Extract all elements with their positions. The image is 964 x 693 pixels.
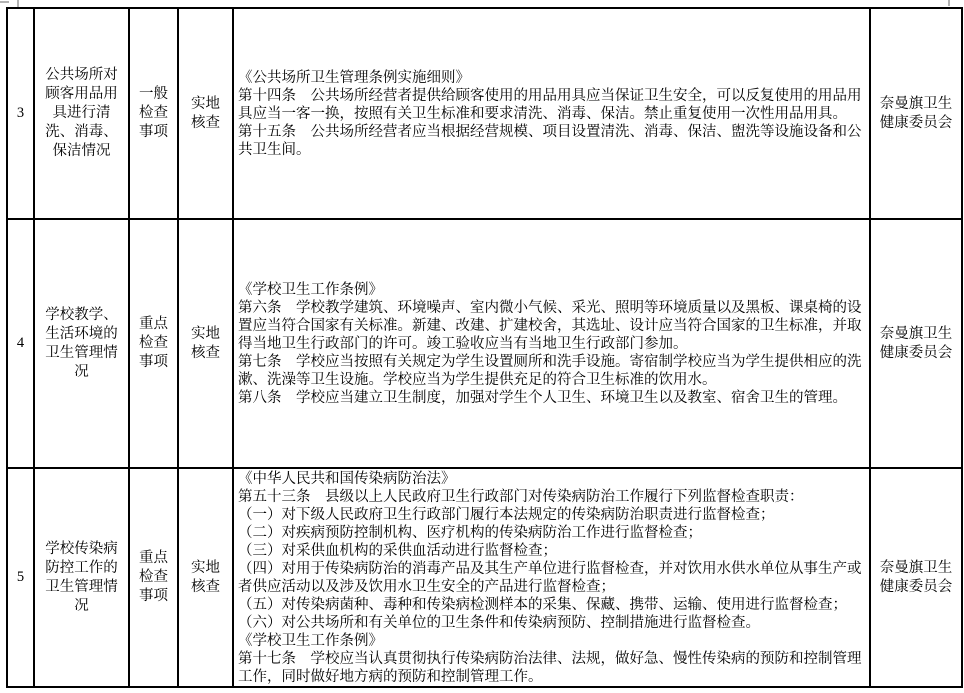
row-number-cell: 3 [8,9,35,220]
legal-text-line: 第七条 学校应当按照有关规定为学生设置厕所和洗手设施。寄宿制学校应当为学生提供相… [238,353,865,389]
legal-text-line: （二）对疾病预防控制机构、医疗机构的传染病防治工作进行监督检查； [238,524,865,542]
legal-text-line: （五）对传染病菌种、毒种和传染病检测样本的采集、保藏、携带、运输、使用进行监督检… [238,596,865,614]
check-method-cell: 实地核查 [179,220,234,469]
legal-basis-cell: 《学校卫生工作条例》 第六条 学校教学建筑、环境噪声、室内微小气候、采光、照明等… [234,220,871,469]
inspection-item-cell: 公共场所对顾客用品用具进行清洗、消毒、保洁情况 [35,9,130,220]
cropped-border-fragment-right [948,0,950,6]
department-cell: 奈曼旗卫生健康委员会 [871,469,961,686]
legal-text-line: 《学校卫生工作条例》 [238,281,865,299]
legal-text-line: （三）对采供血机构的采供血活动进行监督检查； [238,542,865,560]
document-page: 3 公共场所对顾客用品用具进行清洗、消毒、保洁情况 一般检查事项 实地核查 《公… [0,0,964,693]
legal-text-line: 第五十三条 县级以上人民政府卫生行政部门对传染病防治工作履行下列监督检查职责： [238,488,865,506]
legal-text-line: 《学校卫生工作条例》 [238,632,865,650]
inspection-items-table: 3 公共场所对顾客用品用具进行清洗、消毒、保洁情况 一般检查事项 实地核查 《公… [6,7,963,688]
legal-basis-text: 《中华人民共和国传染病防治法》 第五十三条 县级以上人民政府卫生行政部门对传染病… [238,470,865,686]
legal-text-line: 《公共场所卫生管理条例实施细则》 [238,69,865,87]
legal-text-line: 第十七条 学校应当认真贯彻执行传染病防治法律、法规，做好急、慢性传染病的预防和控… [238,650,865,686]
check-type-cell: 一般检查事项 [130,9,179,220]
row-number-cell: 5 [8,469,35,686]
legal-basis-text: 《公共场所卫生管理条例实施细则》 第十四条 公共场所经营者提供给顾客使用的用品用… [238,69,865,159]
legal-text-line: （四）对用于传染病防治的消毒产品及其生产单位进行监督检查，并对饮用水供水单位从事… [238,560,865,596]
inspection-item-cell: 学校教学、生活环境的卫生管理情况 [35,220,130,469]
legal-basis-text: 《学校卫生工作条例》 第六条 学校教学建筑、环境噪声、室内微小气候、采光、照明等… [238,281,865,407]
legal-basis-cell: 《中华人民共和国传染病防治法》 第五十三条 县级以上人民政府卫生行政部门对传染病… [234,469,871,686]
cropped-border-fragment-horizontal [0,1,9,3]
legal-text-line: 第六条 学校教学建筑、环境噪声、室内微小气候、采光、照明等环境质量以及黑板、课桌… [238,299,865,353]
inspection-item-cell: 学校传染病防控工作的卫生管理情况 [35,469,130,686]
check-type-cell: 重点检查事项 [130,220,179,469]
legal-basis-cell: 《公共场所卫生管理条例实施细则》 第十四条 公共场所经营者提供给顾客使用的用品用… [234,9,871,220]
check-type-cell: 重点检查事项 [130,469,179,686]
legal-text-line: （一）对下级人民政府卫生行政部门履行本法规定的传染病防治职责进行监督检查； [238,506,865,524]
department-cell: 奈曼旗卫生健康委员会 [871,9,961,220]
legal-text-line: 《中华人民共和国传染病防治法》 [238,470,865,488]
department-cell: 奈曼旗卫生健康委员会 [871,220,961,469]
check-method-cell: 实地核查 [179,9,234,220]
legal-text-line: 第十五条 公共场所经营者应当根据经营规模、项目设置清洗、消毒、保洁、盥洗等设施设… [238,123,865,159]
legal-text-line: 第八条 学校应当建立卫生制度，加强对学生个人卫生、环境卫生以及教室、宿舍卫生的管… [238,389,865,407]
row-number-cell: 4 [8,220,35,469]
legal-text-line: （六）对公共场所和有关单位的卫生条件和传染病预防、控制措施进行监督检查。 [238,614,865,632]
legal-text-line: 第十四条 公共场所经营者提供给顾客使用的用品用具应当保证卫生安全，可以反复使用的… [238,87,865,123]
check-method-cell: 实地核查 [179,469,234,686]
